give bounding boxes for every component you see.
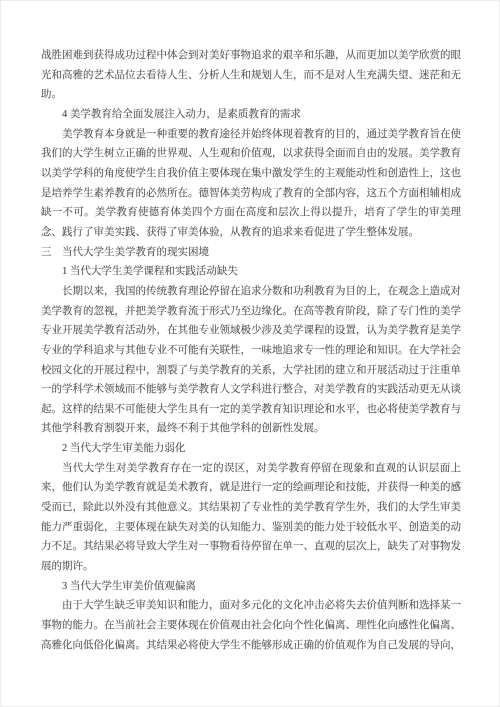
body-paragraph: 长期以来，我国的传统教育理论停留在追求分数和功利教育为目的上，在观念上造成对美学… xyxy=(41,282,461,439)
section-heading: 三 当代大学生美学教育的现实困境 xyxy=(41,243,461,263)
body-paragraph: 美学教育本身就是一种重要的教育途径并始终体现着教育的目的，通过美学教育旨在使我们… xyxy=(41,125,461,243)
numbered-subheading: 3 当代大学生审美价值观偏离 xyxy=(41,577,461,597)
body-paragraph: 由于大学生缺乏审美知识和能力，面对多元化的文化冲击必将失去价值判断和选择某一事物… xyxy=(41,596,461,655)
document-page: 战胜困难到获得成功过程中体会到对美好事物追求的艰辛和乐趣，从而更加以美学欣赏的眼… xyxy=(0,0,500,707)
document-text-block: 战胜困难到获得成功过程中体会到对美好事物追求的艰辛和乐趣，从而更加以美学欣赏的眼… xyxy=(41,46,461,655)
body-paragraph: 当代大学生对美学教育存在一定的误区，对美学教育停留在现象和直观的认识层面上来，他… xyxy=(41,459,461,577)
numbered-subheading: 2 当代大学生审美能力弱化 xyxy=(41,439,461,459)
body-paragraph: 战胜困难到获得成功过程中体会到对美好事物追求的艰辛和乐趣，从而更加以美学欣赏的眼… xyxy=(41,46,461,105)
numbered-subheading: 1 当代大学生美学课程和实践活动缺失 xyxy=(41,262,461,282)
numbered-subheading: 4 美学教育给全面发展注入动力，是素质教育的需求 xyxy=(41,105,461,125)
